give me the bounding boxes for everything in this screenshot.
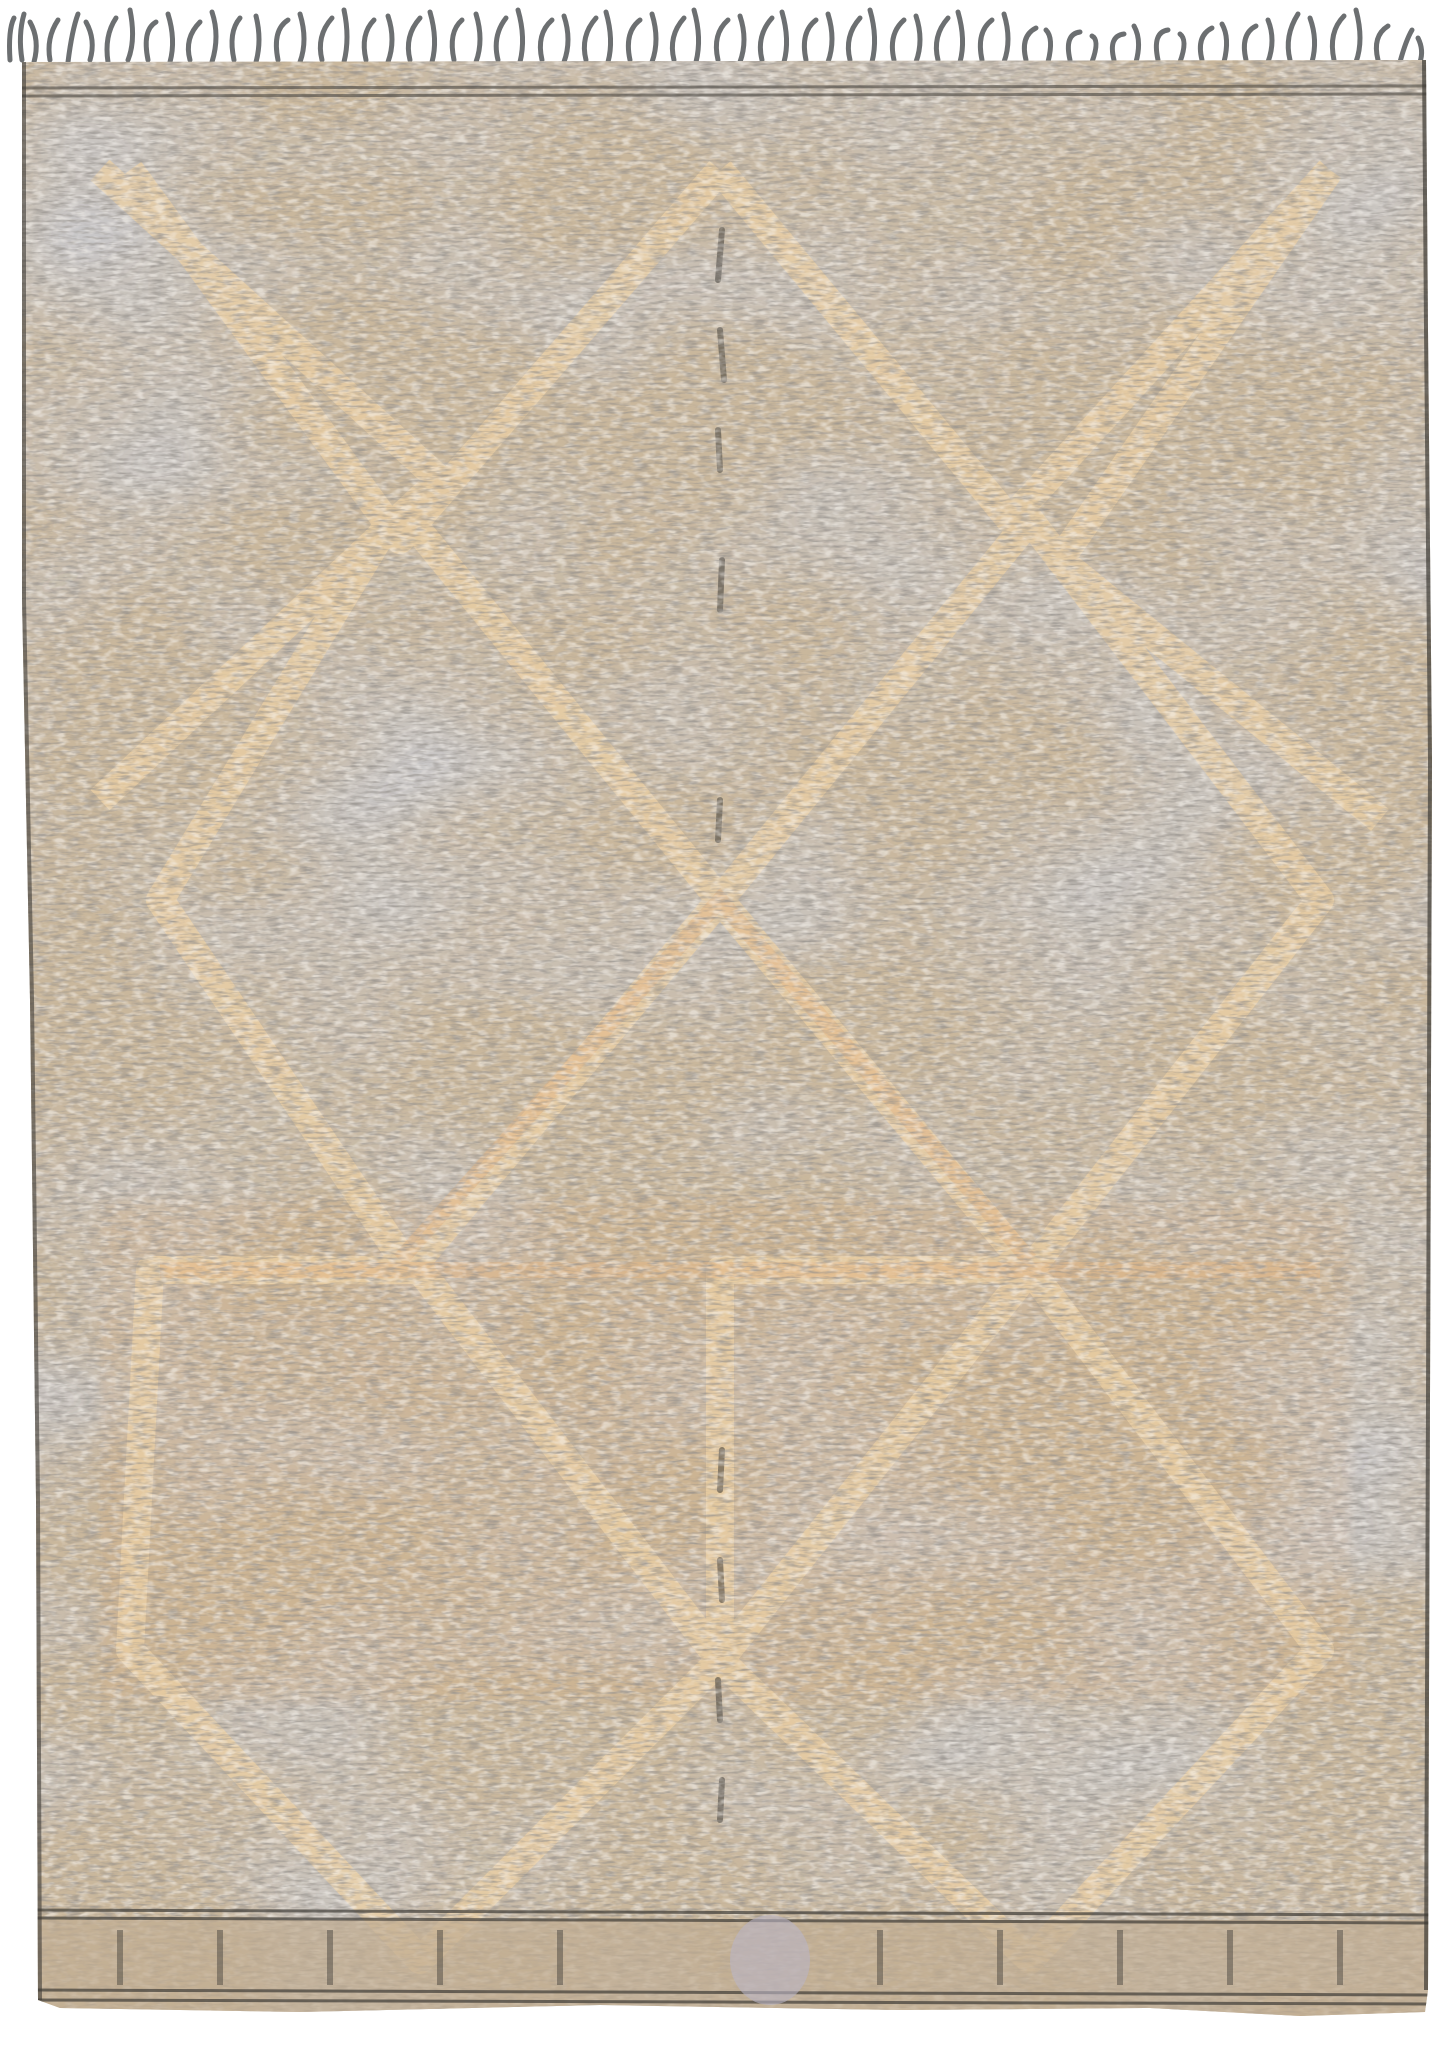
fringe-top [10,10,1422,62]
rug-photo [0,0,1445,2052]
bottom-border [0,1910,1445,2020]
